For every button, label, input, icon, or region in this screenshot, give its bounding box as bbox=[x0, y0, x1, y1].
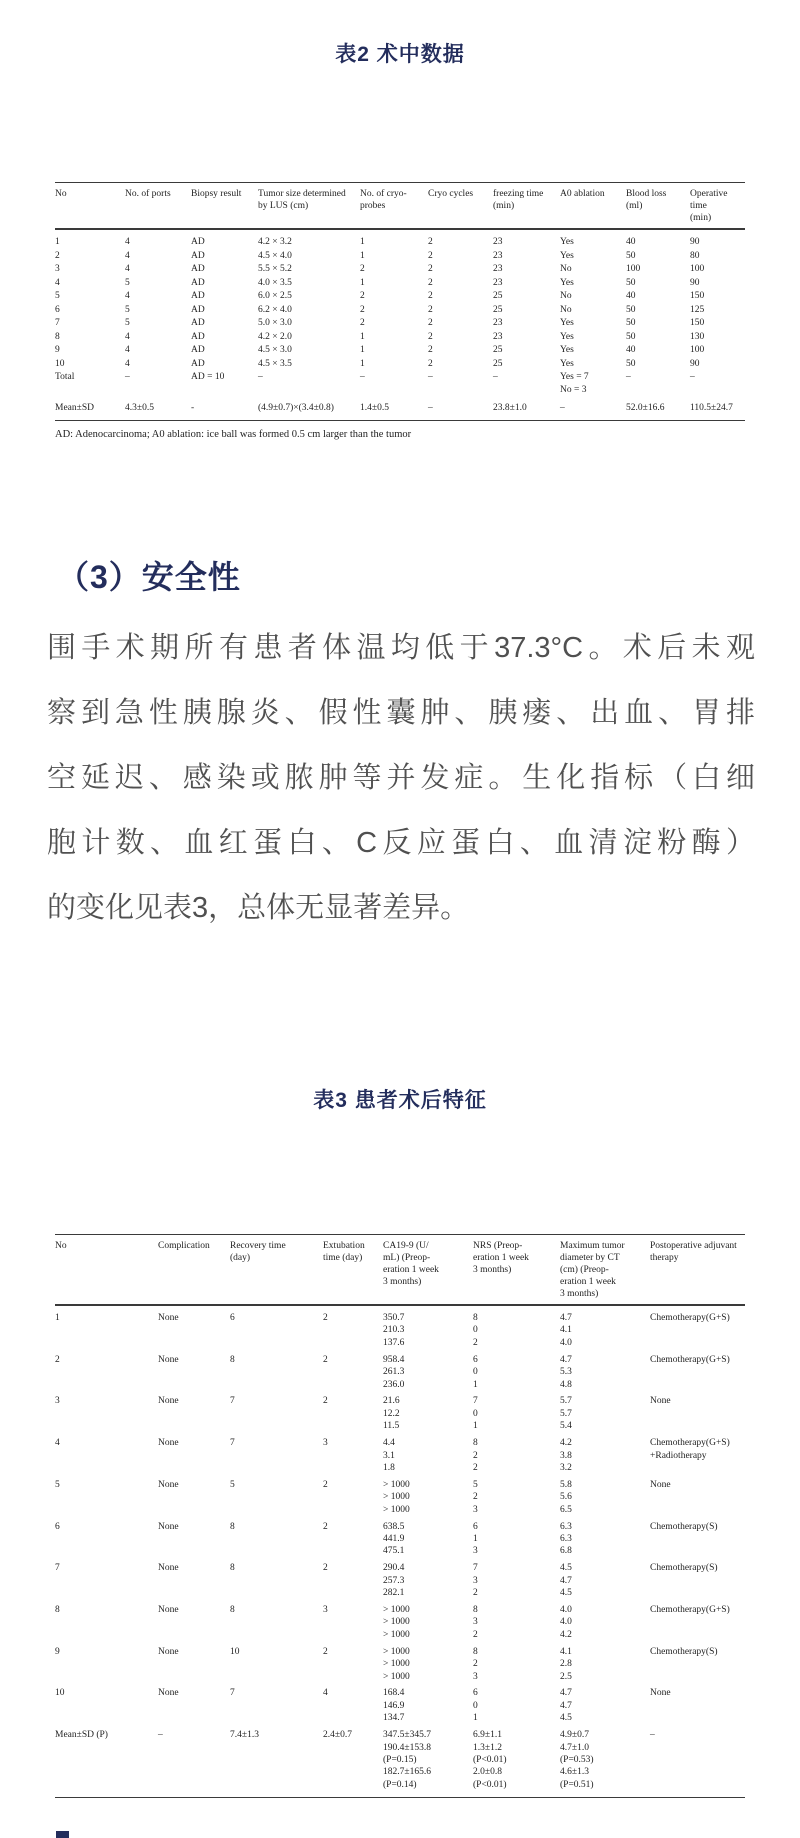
table-row: 84AD4.2 × 2.01223Yes50130 bbox=[55, 330, 745, 344]
table-cell: 2 bbox=[428, 357, 493, 371]
table-cell: 4 bbox=[55, 276, 125, 290]
table-cell: 6 bbox=[230, 1305, 323, 1351]
table-row: 24AD4.5 × 4.01223Yes5080 bbox=[55, 249, 745, 263]
table-cell: 5.85.66.5 bbox=[560, 1476, 650, 1518]
column-header: Blood loss(ml) bbox=[626, 183, 690, 230]
table2-footnote: AD: Adenocarcinoma; A0 ablation: ice bal… bbox=[55, 429, 745, 440]
table-row: 3None7221.612.211.57015.75.75.4None bbox=[55, 1393, 745, 1435]
table-cell: 100 bbox=[626, 263, 690, 277]
intraoperative-data-table: NoNo. of portsBiopsy resultTumor size de… bbox=[55, 182, 745, 421]
table-cell: 3 bbox=[323, 1435, 383, 1477]
table-cell: Chemotherapy(S) bbox=[650, 1518, 745, 1560]
table-cell: None bbox=[158, 1393, 230, 1435]
table-row: 4None734.43.11.88224.23.83.2Chemotherapy… bbox=[55, 1435, 745, 1477]
table-cell: 1 bbox=[360, 249, 428, 263]
table-cell: Yes bbox=[560, 249, 626, 263]
table-cell: 5 bbox=[230, 1476, 323, 1518]
table-cell: 5 bbox=[125, 317, 191, 331]
table-cell: 7 bbox=[230, 1393, 323, 1435]
paragraph-line: 围手术期所有患者体温均低于37.3°C。术后未观 bbox=[47, 616, 755, 681]
table-cell: None bbox=[650, 1476, 745, 1518]
table-cell: 4.04.04.2 bbox=[560, 1602, 650, 1644]
table-cell: 8 bbox=[230, 1351, 323, 1393]
column-header: No bbox=[55, 183, 125, 230]
table-cell: 40 bbox=[626, 344, 690, 358]
table-cell: 2 bbox=[323, 1518, 383, 1560]
table-cell: 4.43.11.8 bbox=[383, 1435, 473, 1477]
table-row: 6None82638.5441.9475.16136.36.36.8Chemot… bbox=[55, 1518, 745, 1560]
table-cell: AD bbox=[191, 249, 258, 263]
table-row: 54AD6.0 × 2.52225No40150 bbox=[55, 290, 745, 304]
body-paragraph: 围手术期所有患者体温均低于37.3°C。术后未观 察到急性胰腺炎、假性囊肿、胰瘘… bbox=[47, 616, 755, 941]
table-cell: 23 bbox=[493, 317, 560, 331]
table-cell: 2 bbox=[428, 303, 493, 317]
table-cell: AD bbox=[191, 290, 258, 304]
table-cell: – bbox=[650, 1727, 745, 1798]
table-cell: 6.36.36.8 bbox=[560, 1518, 650, 1560]
table-cell: 1 bbox=[55, 229, 125, 249]
table-cell: 1 bbox=[360, 229, 428, 249]
table-cell: 25 bbox=[493, 303, 560, 317]
paragraph-line: 察到急性胰腺炎、假性囊肿、胰瘘、出血、胃排 bbox=[47, 681, 755, 746]
table-cell: 2 bbox=[428, 317, 493, 331]
table-cell: 5 bbox=[125, 303, 191, 317]
table-cell: 601 bbox=[473, 1685, 560, 1727]
table-cell: 701 bbox=[473, 1393, 560, 1435]
table-cell: 8 bbox=[230, 1560, 323, 1602]
table-cell: 40 bbox=[626, 229, 690, 249]
table-cell: 80 bbox=[690, 249, 745, 263]
table-cell: 958.4261.3236.0 bbox=[383, 1351, 473, 1393]
table-cell: Yes bbox=[560, 229, 626, 249]
column-header: Postoperative adjuvanttherapy bbox=[650, 1235, 745, 1306]
header-row: NoComplicationRecovery time(day)Extubati… bbox=[55, 1235, 745, 1306]
table-cell: None bbox=[650, 1685, 745, 1727]
table-cell: None bbox=[158, 1351, 230, 1393]
table-cell: 4.2 × 2.0 bbox=[258, 330, 360, 344]
table-row: 45AD4.0 × 3.51223Yes5090 bbox=[55, 276, 745, 290]
table-cell: 4 bbox=[125, 330, 191, 344]
table-cell: 1 bbox=[360, 330, 428, 344]
table-cell: No bbox=[560, 303, 626, 317]
table-cell: 2 bbox=[428, 330, 493, 344]
table-cell: AD bbox=[191, 344, 258, 358]
table-row: Mean±SD4.3±0.5-(4.9±0.7)×(3.4±0.8)1.4±0.… bbox=[55, 397, 745, 420]
table-cell: 2 bbox=[55, 249, 125, 263]
table-row: Mean±SD (P)–7.4±1.32.4±0.7347.5±345.7190… bbox=[55, 1727, 745, 1798]
table-cell: AD bbox=[191, 229, 258, 249]
table-cell: None bbox=[158, 1643, 230, 1685]
table-cell: Yes = 7No = 3 bbox=[560, 371, 626, 397]
column-header: CA19-9 (U/mL) (Preop-eration 1 week3 mon… bbox=[383, 1235, 473, 1306]
table-cell: Yes bbox=[560, 330, 626, 344]
table-row: 2None82958.4261.3236.06014.75.34.8Chemot… bbox=[55, 1351, 745, 1393]
table-cell: 150 bbox=[690, 317, 745, 331]
table-cell: 9 bbox=[55, 1643, 158, 1685]
table-cell: 4 bbox=[125, 290, 191, 304]
table-cell: 5.75.75.4 bbox=[560, 1393, 650, 1435]
table-cell: 90 bbox=[690, 276, 745, 290]
table-cell: AD = 10 bbox=[191, 371, 258, 397]
table-cell: 732 bbox=[473, 1560, 560, 1602]
table-cell: 52.0±16.6 bbox=[626, 397, 690, 420]
table-cell: 21.612.211.5 bbox=[383, 1393, 473, 1435]
table-cell: 23 bbox=[493, 263, 560, 277]
column-header: A0 ablation bbox=[560, 183, 626, 230]
table-cell: 23.8±1.0 bbox=[493, 397, 560, 420]
table-cell: 2 bbox=[428, 276, 493, 290]
table-cell: Yes bbox=[560, 317, 626, 331]
table-cell: – bbox=[158, 1727, 230, 1798]
column-header: No. of cryo-probes bbox=[360, 183, 428, 230]
table-cell: 50 bbox=[626, 357, 690, 371]
table-cell: 7 bbox=[230, 1435, 323, 1477]
table-cell: 25 bbox=[493, 290, 560, 304]
table-row: Total–AD = 10––––Yes = 7No = 3–– bbox=[55, 371, 745, 397]
table-cell: No bbox=[560, 290, 626, 304]
table-cell: 4 bbox=[125, 263, 191, 277]
column-header: Cryo cycles bbox=[428, 183, 493, 230]
table-cell: 2 bbox=[323, 1305, 383, 1351]
table-cell: 638.5441.9475.1 bbox=[383, 1518, 473, 1560]
table-cell: – bbox=[428, 371, 493, 397]
table-cell: 7 bbox=[55, 317, 125, 331]
table2-section: NoNo. of portsBiopsy resultTumor size de… bbox=[55, 182, 745, 440]
table-cell: 2 bbox=[360, 317, 428, 331]
table-cell: 601 bbox=[473, 1351, 560, 1393]
table-cell: > 1000> 1000> 1000 bbox=[383, 1602, 473, 1644]
table-cell: 90 bbox=[690, 357, 745, 371]
table-cell: AD bbox=[191, 263, 258, 277]
paragraph-line: 空延迟、感染或脓肿等并发症。生化指标（白细 bbox=[47, 746, 755, 811]
table-cell: Yes bbox=[560, 357, 626, 371]
table-row: 10None74168.4146.9134.76014.74.74.5None bbox=[55, 1685, 745, 1727]
table-row: 9None102> 1000> 1000> 10008234.12.82.5Ch… bbox=[55, 1643, 745, 1685]
table-row: 5None52> 1000> 1000> 10005235.85.66.5Non… bbox=[55, 1476, 745, 1518]
column-header: No. of ports bbox=[125, 183, 191, 230]
table-cell: > 1000> 1000> 1000 bbox=[383, 1643, 473, 1685]
table-cell: 6 bbox=[55, 1518, 158, 1560]
table-cell: 4.2 × 3.2 bbox=[258, 229, 360, 249]
table-cell: AD bbox=[191, 276, 258, 290]
table-cell: 50 bbox=[626, 330, 690, 344]
table-row: 65AD6.2 × 4.02225No50125 bbox=[55, 303, 745, 317]
paragraph-line: 胞计数、血红蛋白、C反应蛋白、血清淀粉酶） bbox=[47, 811, 755, 876]
table-cell: 5 bbox=[125, 276, 191, 290]
table-row: 34AD5.5 × 5.22223No100100 bbox=[55, 263, 745, 277]
table-cell: 50 bbox=[626, 276, 690, 290]
table-cell: – bbox=[560, 397, 626, 420]
table-row: 7None82290.4257.3282.17324.54.74.5Chemot… bbox=[55, 1560, 745, 1602]
table-cell: 4.5 × 3.0 bbox=[258, 344, 360, 358]
table-cell: 125 bbox=[690, 303, 745, 317]
table-cell: 10 bbox=[55, 1685, 158, 1727]
table-cell: 2 bbox=[428, 249, 493, 263]
table-cell: 10 bbox=[230, 1643, 323, 1685]
table-row: 1None62350.7210.3137.68024.74.14.0Chemot… bbox=[55, 1305, 745, 1351]
table-cell: 6.9±1.11.3±1.2(P<0.01)2.0±0.8(P<0.01) bbox=[473, 1727, 560, 1798]
table-cell: 5 bbox=[55, 290, 125, 304]
table-cell: 7 bbox=[55, 1560, 158, 1602]
table-cell: 5.5 × 5.2 bbox=[258, 263, 360, 277]
table3-title: 表3 患者术后特征 bbox=[0, 1084, 800, 1114]
table-cell: 25 bbox=[493, 344, 560, 358]
table-row: 104AD4.5 × 3.51225Yes5090 bbox=[55, 357, 745, 371]
table-cell: 2 bbox=[323, 1351, 383, 1393]
table-cell: 1 bbox=[360, 344, 428, 358]
table-cell: 2 bbox=[360, 290, 428, 304]
table2-title: 表2 术中数据 bbox=[0, 38, 800, 68]
table-cell: 4 bbox=[125, 357, 191, 371]
table-cell: 823 bbox=[473, 1643, 560, 1685]
table-cell: 523 bbox=[473, 1476, 560, 1518]
table-cell: None bbox=[158, 1305, 230, 1351]
table-cell: Yes bbox=[560, 344, 626, 358]
table-cell: 1.4±0.5 bbox=[360, 397, 428, 420]
table-cell: Mean±SD (P) bbox=[55, 1727, 158, 1798]
table-cell: 7.4±1.3 bbox=[230, 1727, 323, 1798]
table-cell: > 1000> 1000> 1000 bbox=[383, 1476, 473, 1518]
table-cell: 50 bbox=[626, 317, 690, 331]
table-cell: 4.74.14.0 bbox=[560, 1305, 650, 1351]
table-cell: 822 bbox=[473, 1435, 560, 1477]
table-cell: – bbox=[493, 371, 560, 397]
table-cell: AD bbox=[191, 317, 258, 331]
table-cell: 1 bbox=[55, 1305, 158, 1351]
table-cell: None bbox=[158, 1685, 230, 1727]
table-cell: 2 bbox=[428, 263, 493, 277]
table-cell: 23 bbox=[493, 276, 560, 290]
section-heading-safety: （3）安全性 bbox=[57, 552, 241, 598]
table-cell: 4 bbox=[55, 1435, 158, 1477]
table-cell: 4.9±0.74.7±1.0(P=0.53)4.6±1.3(P=0.51) bbox=[560, 1727, 650, 1798]
table-cell: 130 bbox=[690, 330, 745, 344]
table-cell: 290.4257.3282.1 bbox=[383, 1560, 473, 1602]
table-cell: 7 bbox=[230, 1685, 323, 1727]
table-cell: 5.0 × 3.0 bbox=[258, 317, 360, 331]
table-cell: 2.4±0.7 bbox=[323, 1727, 383, 1798]
column-header: NRS (Preop-eration 1 week3 months) bbox=[473, 1235, 560, 1306]
table-cell: 40 bbox=[626, 290, 690, 304]
table-cell: 3 bbox=[55, 1393, 158, 1435]
table-cell: 150 bbox=[690, 290, 745, 304]
table-cell: 832 bbox=[473, 1602, 560, 1644]
table-cell: 4.3±0.5 bbox=[125, 397, 191, 420]
table-cell: 50 bbox=[626, 303, 690, 317]
table-cell: 4.5 × 3.5 bbox=[258, 357, 360, 371]
table-cell: – bbox=[428, 397, 493, 420]
table-cell: 2 bbox=[428, 290, 493, 304]
table-cell: 2 bbox=[55, 1351, 158, 1393]
table-cell: 1 bbox=[360, 357, 428, 371]
cutoff-next-element bbox=[56, 1831, 69, 1838]
table-row: 14AD4.2 × 3.21223Yes4090 bbox=[55, 229, 745, 249]
table-row: 75AD5.0 × 3.02223Yes50150 bbox=[55, 317, 745, 331]
table-cell: None bbox=[158, 1518, 230, 1560]
table-cell: 90 bbox=[690, 229, 745, 249]
column-header: Operative time(min) bbox=[690, 183, 745, 230]
table-cell: 613 bbox=[473, 1518, 560, 1560]
table-cell: 23 bbox=[493, 229, 560, 249]
table-cell: Chemotherapy(S) bbox=[650, 1560, 745, 1602]
table-cell: None bbox=[158, 1560, 230, 1602]
table-cell: – bbox=[258, 371, 360, 397]
table-cell: None bbox=[158, 1476, 230, 1518]
table-cell: 4.23.83.2 bbox=[560, 1435, 650, 1477]
table-cell: 1 bbox=[360, 276, 428, 290]
table-cell: 6.0 × 2.5 bbox=[258, 290, 360, 304]
table-cell: 2 bbox=[360, 303, 428, 317]
table-cell: 802 bbox=[473, 1305, 560, 1351]
table-row: 8None83> 1000> 1000> 10008324.04.04.2Che… bbox=[55, 1602, 745, 1644]
table-cell: 9 bbox=[55, 344, 125, 358]
table-cell: 10 bbox=[55, 357, 125, 371]
table-cell: – bbox=[125, 371, 191, 397]
table-cell: 4.74.74.5 bbox=[560, 1685, 650, 1727]
table-cell: 6 bbox=[55, 303, 125, 317]
table-cell: None bbox=[158, 1435, 230, 1477]
table-cell: Yes bbox=[560, 276, 626, 290]
table-cell: 2 bbox=[360, 263, 428, 277]
column-header: Extubationtime (day) bbox=[323, 1235, 383, 1306]
table-cell: 100 bbox=[690, 344, 745, 358]
table-cell: None bbox=[158, 1602, 230, 1644]
table-cell: 4 bbox=[323, 1685, 383, 1727]
table-cell: 4 bbox=[125, 249, 191, 263]
table-cell: 3 bbox=[55, 263, 125, 277]
table-cell: 23 bbox=[493, 249, 560, 263]
table-cell: 8 bbox=[230, 1518, 323, 1560]
table-cell: (4.9±0.7)×(3.4±0.8) bbox=[258, 397, 360, 420]
table-cell: 4 bbox=[125, 229, 191, 249]
table-cell: 4.0 × 3.5 bbox=[258, 276, 360, 290]
column-header: Maximum tumordiameter by CT(cm) (Preop-e… bbox=[560, 1235, 650, 1306]
table-cell: 4.12.82.5 bbox=[560, 1643, 650, 1685]
table-cell: 50 bbox=[626, 249, 690, 263]
table-cell: - bbox=[191, 397, 258, 420]
table-cell: 8 bbox=[55, 330, 125, 344]
table-cell: 100 bbox=[690, 263, 745, 277]
table-cell: – bbox=[626, 371, 690, 397]
column-header: No bbox=[55, 1235, 158, 1306]
table-cell: 4.5 × 4.0 bbox=[258, 249, 360, 263]
column-header: Tumor size determinedby LUS (cm) bbox=[258, 183, 360, 230]
column-header: Complication bbox=[158, 1235, 230, 1306]
table-cell: Chemotherapy(S) bbox=[650, 1643, 745, 1685]
table-cell: Chemotherapy(G+S) bbox=[650, 1602, 745, 1644]
table-cell: 23 bbox=[493, 330, 560, 344]
table-cell: – bbox=[360, 371, 428, 397]
table-cell: 25 bbox=[493, 357, 560, 371]
table-cell: 350.7210.3137.6 bbox=[383, 1305, 473, 1351]
table-cell: No bbox=[560, 263, 626, 277]
table-cell: 168.4146.9134.7 bbox=[383, 1685, 473, 1727]
table-cell: 347.5±345.7190.4±153.8(P=0.15)182.7±165.… bbox=[383, 1727, 473, 1798]
table-cell: 4 bbox=[125, 344, 191, 358]
table-cell: 3 bbox=[323, 1602, 383, 1644]
table-cell: 2 bbox=[323, 1393, 383, 1435]
table-cell: – bbox=[690, 371, 745, 397]
table-cell: AD bbox=[191, 357, 258, 371]
table-cell: None bbox=[650, 1393, 745, 1435]
table-cell: 110.5±24.7 bbox=[690, 397, 745, 420]
table-cell: 8 bbox=[55, 1602, 158, 1644]
column-header: freezing time(min) bbox=[493, 183, 560, 230]
table-cell: AD bbox=[191, 330, 258, 344]
column-header: Biopsy result bbox=[191, 183, 258, 230]
column-header: Recovery time(day) bbox=[230, 1235, 323, 1306]
table-cell: Mean±SD bbox=[55, 397, 125, 420]
table-cell: Chemotherapy(G+S) bbox=[650, 1305, 745, 1351]
paragraph-line: 的变化见表3，总体无显著差异。 bbox=[47, 876, 755, 941]
table-cell: 5 bbox=[55, 1476, 158, 1518]
table-cell: Total bbox=[55, 371, 125, 397]
table-cell: 4.75.34.8 bbox=[560, 1351, 650, 1393]
table3-section: NoComplicationRecovery time(day)Extubati… bbox=[55, 1234, 745, 1798]
table-cell: Chemotherapy(G+S) bbox=[650, 1351, 745, 1393]
header-row: NoNo. of portsBiopsy resultTumor size de… bbox=[55, 183, 745, 230]
table-cell: 2 bbox=[323, 1476, 383, 1518]
table-cell: 8 bbox=[230, 1602, 323, 1644]
table-cell: 2 bbox=[323, 1560, 383, 1602]
table-cell: 2 bbox=[323, 1643, 383, 1685]
table-cell: 2 bbox=[428, 229, 493, 249]
table-cell: Chemotherapy(G+S)+Radiotherapy bbox=[650, 1435, 745, 1477]
table-cell: 4.54.74.5 bbox=[560, 1560, 650, 1602]
table-cell: 2 bbox=[428, 344, 493, 358]
table-cell: AD bbox=[191, 303, 258, 317]
table-cell: 6.2 × 4.0 bbox=[258, 303, 360, 317]
table-row: 94AD4.5 × 3.01225Yes40100 bbox=[55, 344, 745, 358]
postoperative-characteristics-table: NoComplicationRecovery time(day)Extubati… bbox=[55, 1234, 745, 1798]
